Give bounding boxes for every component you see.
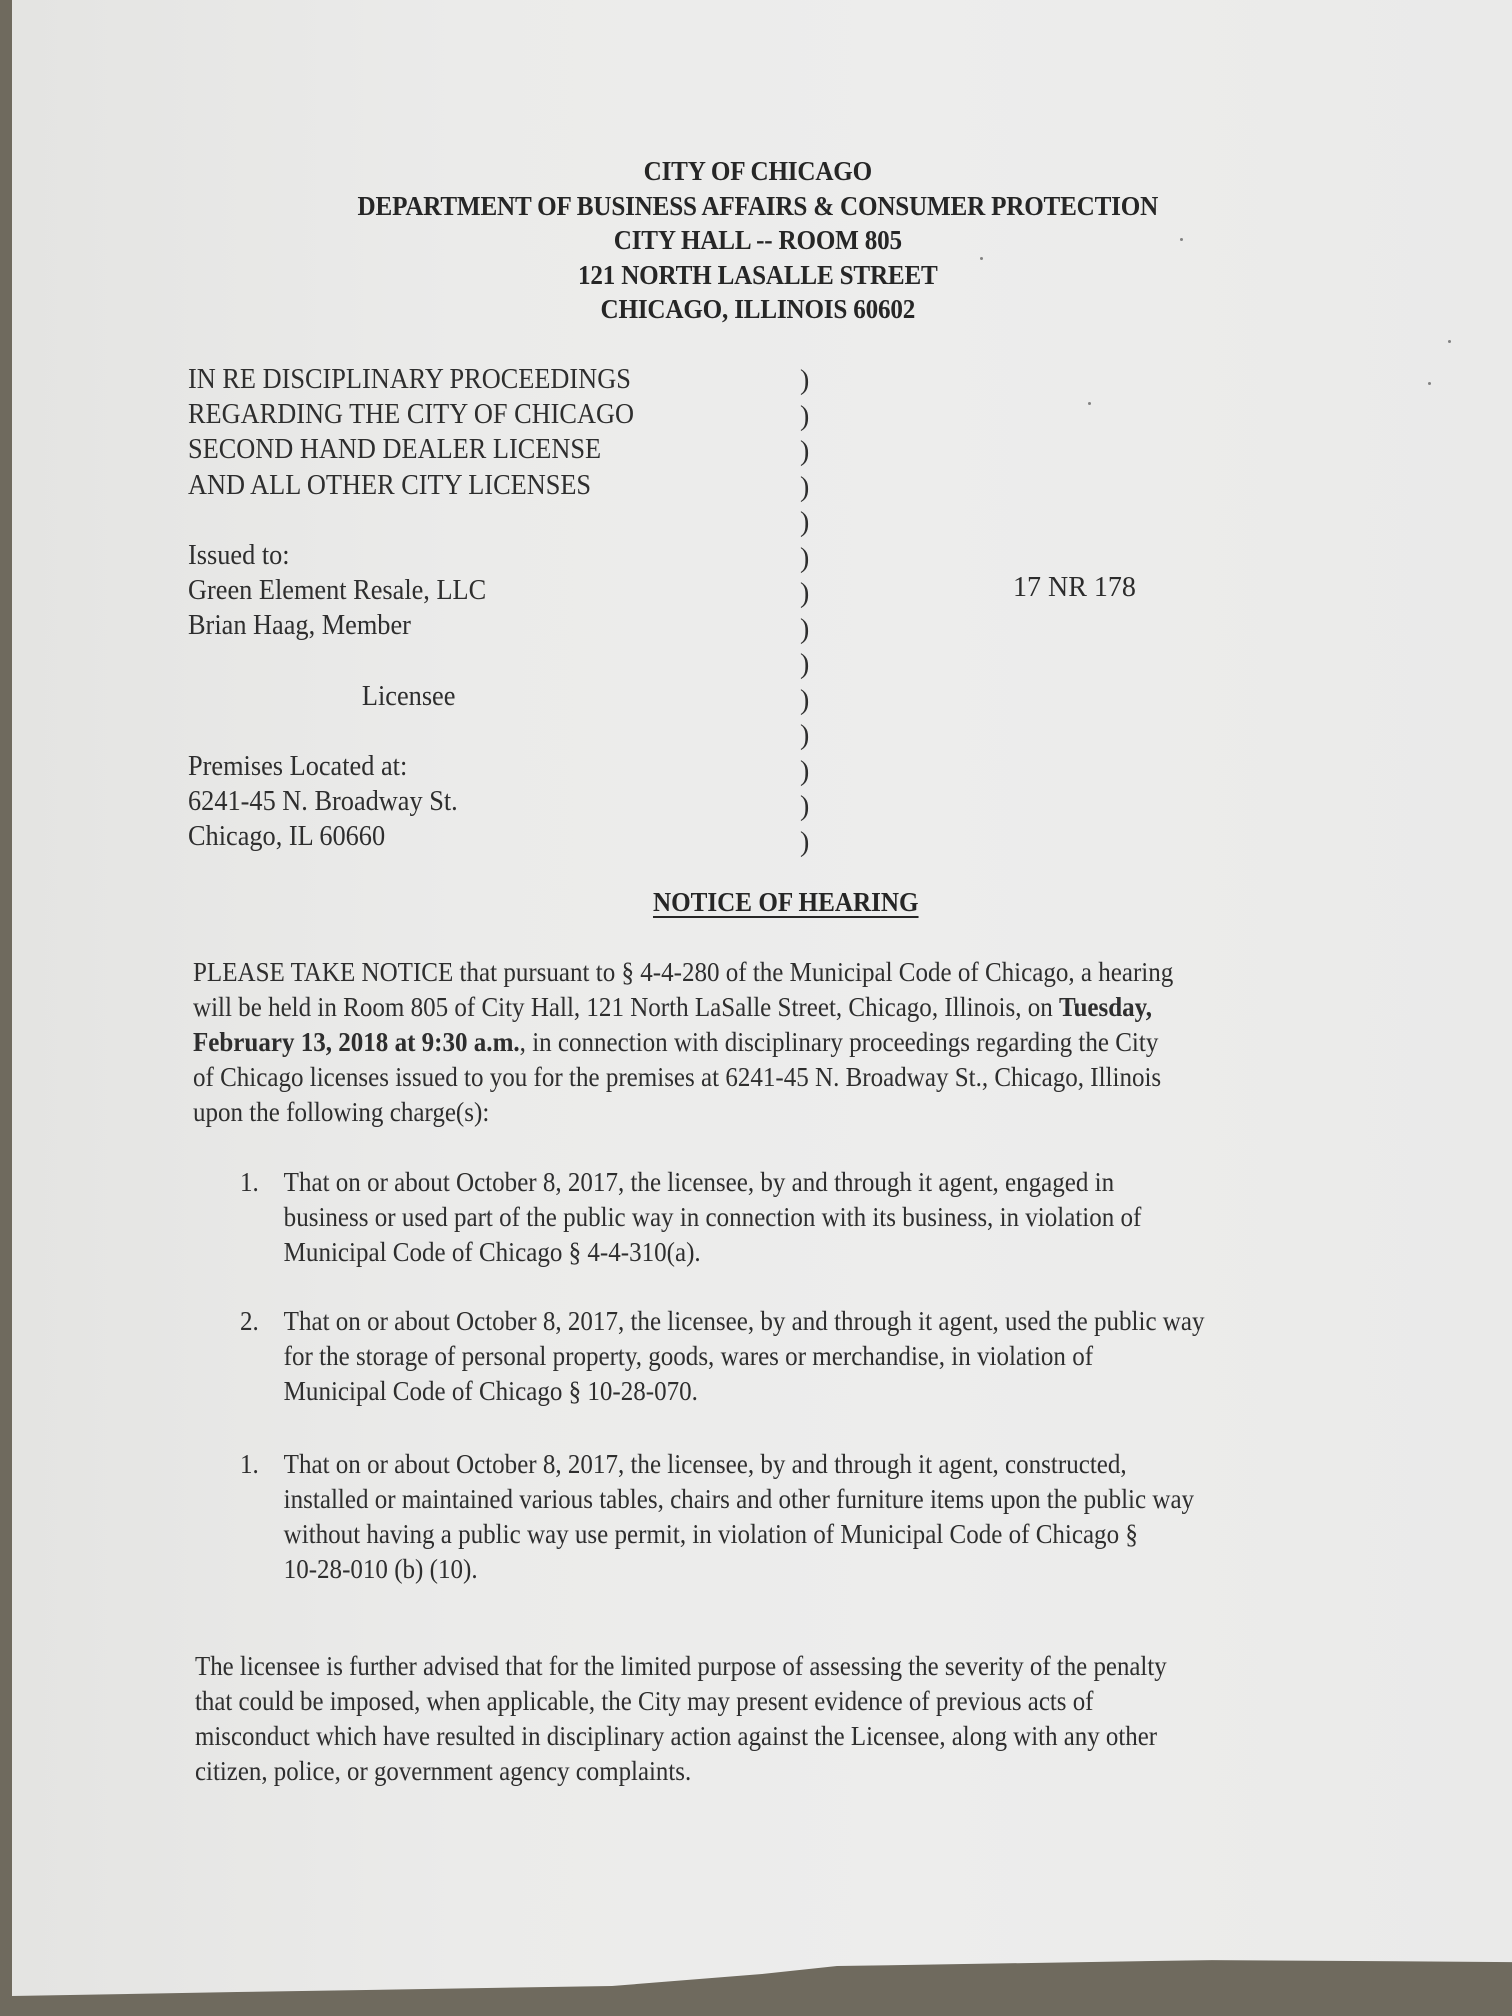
charge-number: 2.	[240, 1303, 259, 1338]
closing-line: The licensee is further advised that for…	[195, 1648, 1408, 1683]
intro-line: upon the following charge(s):	[193, 1094, 1412, 1129]
charge-line: Municipal Code of Chicago § 10-28-070.	[284, 1373, 1423, 1408]
caption-parenthesis: )	[800, 434, 809, 470]
charge-number: 1.	[240, 1446, 259, 1481]
hearing-date-time: February 13, 2018 at 9:30 a.m.	[193, 1026, 520, 1057]
caption-parenthesis: )	[800, 683, 809, 719]
paper-speck	[1448, 340, 1451, 343]
caption-parenthesis: )	[800, 363, 809, 399]
licensee-member: Brian Haag, Member	[188, 608, 634, 643]
letterhead-room: CITY HALL -- ROOM 805	[55, 223, 1461, 258]
charge-line: That on or about October 8, 2017, the li…	[284, 1446, 1423, 1481]
notice-title-text: NOTICE OF HEARING	[653, 887, 919, 918]
hearing-day: Tuesday,	[1059, 991, 1152, 1022]
letterhead-street: 121 NORTH LASALLE STREET	[55, 258, 1461, 293]
charge-item: 1. That on or about October 8, 2017, the…	[240, 1446, 1423, 1586]
paper-speck	[1428, 382, 1431, 385]
caption-parenthesis-column: ))))))))))))))	[800, 363, 809, 860]
intro-paragraph: PLEASE TAKE NOTICE that pursuant to § 4-…	[193, 954, 1412, 1129]
caption-parenthesis: )	[800, 754, 809, 790]
caption-title-line: IN RE DISCIPLINARY PROCEEDINGS	[188, 362, 634, 397]
charge-line: for the storage of personal property, go…	[284, 1338, 1423, 1373]
charge-line: 10-28-010 (b) (10).	[284, 1551, 1423, 1586]
closing-line: citizen, police, or government agency co…	[195, 1753, 1408, 1788]
letterhead-city: CITY OF CHICAGO	[55, 154, 1461, 189]
premises-street: 6241-45 N. Broadway St.	[188, 784, 634, 819]
charge-line: Municipal Code of Chicago § 4-4-310(a).	[284, 1234, 1423, 1269]
case-number: 17 NR 178	[1013, 572, 1136, 604]
caption-title-line: AND ALL OTHER CITY LICENSES	[188, 468, 634, 503]
caption-parenthesis: )	[800, 576, 809, 612]
charge-item: 2. That on or about October 8, 2017, the…	[240, 1303, 1423, 1408]
caption-parenthesis: )	[800, 718, 809, 754]
letterhead-city-state-zip: CHICAGO, ILLINOIS 60602	[55, 292, 1461, 327]
caption-parenthesis: )	[800, 541, 809, 577]
issued-to-label: Issued to:	[188, 538, 634, 573]
licensee-name: Green Element Resale, LLC	[188, 573, 634, 608]
closing-paragraph: The licensee is further advised that for…	[195, 1648, 1408, 1788]
intro-line: of Chicago licenses issued to you for th…	[193, 1059, 1412, 1094]
premises-city: Chicago, IL 60660	[188, 819, 634, 854]
intro-line: February 13, 2018 at 9:30 a.m., in conne…	[193, 1024, 1412, 1059]
caption-parenthesis: )	[800, 789, 809, 825]
licensee-role: Licensee	[188, 679, 634, 714]
caption-parenthesis: )	[800, 647, 809, 683]
charge-line: installed or maintained various tables, …	[284, 1481, 1423, 1516]
charge-line: That on or about October 8, 2017, the li…	[284, 1303, 1423, 1338]
caption-title-line: SECOND HAND DEALER LICENSE	[188, 432, 634, 467]
charge-item: 1. That on or about October 8, 2017, the…	[240, 1164, 1423, 1269]
closing-line: misconduct which have resulted in discip…	[195, 1718, 1408, 1753]
caption-parenthesis: )	[800, 399, 809, 435]
caption-parenthesis: )	[800, 612, 809, 648]
letterhead-department: DEPARTMENT OF BUSINESS AFFAIRS & CONSUME…	[55, 189, 1461, 224]
charge-line: business or used part of the public way …	[284, 1199, 1423, 1234]
caption-parenthesis: )	[800, 505, 809, 541]
caption-parenthesis: )	[800, 470, 809, 506]
charge-number: 1.	[240, 1164, 259, 1199]
closing-line: that could be imposed, when applicable, …	[195, 1683, 1408, 1718]
charge-line: That on or about October 8, 2017, the li…	[284, 1164, 1423, 1199]
notice-title: NOTICE OF HEARING	[0, 887, 1512, 918]
case-caption: IN RE DISCIPLINARY PROCEEDINGS REGARDING…	[188, 362, 634, 855]
premises-label: Premises Located at:	[188, 749, 634, 784]
caption-title-line: REGARDING THE CITY OF CHICAGO	[188, 397, 634, 432]
charge-line: without having a public way use permit, …	[284, 1516, 1423, 1551]
letterhead: CITY OF CHICAGO DEPARTMENT OF BUSINESS A…	[55, 154, 1461, 327]
intro-line: PLEASE TAKE NOTICE that pursuant to § 4-…	[193, 954, 1412, 989]
intro-line: will be held in Room 805 of City Hall, 1…	[193, 989, 1412, 1024]
caption-parenthesis: )	[800, 825, 809, 861]
paper-speck	[1088, 402, 1091, 405]
